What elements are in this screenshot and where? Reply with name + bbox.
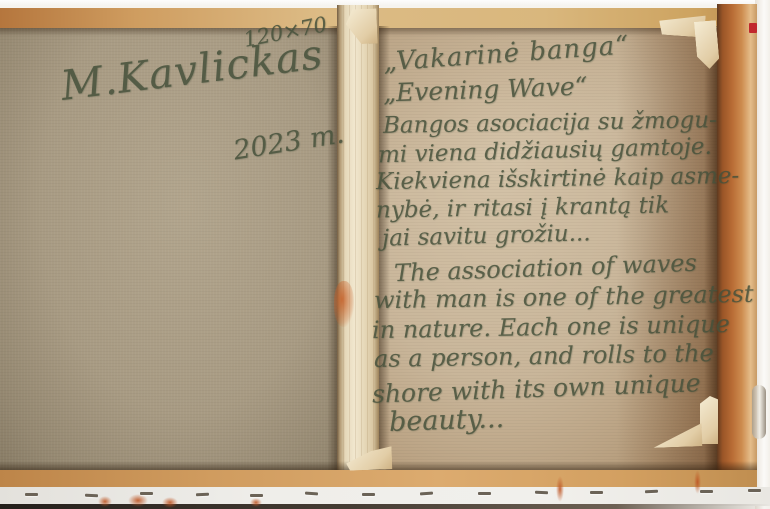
canvas-back-photo: 120×70 M.Kavlickas 2023 m. „Vakarinė ban… [0, 0, 770, 509]
rust-stain-center-bar [334, 281, 354, 327]
staple [362, 493, 375, 496]
shadow-left-of-center-bar [327, 26, 337, 472]
metal-glint-right-edge [752, 385, 766, 439]
rust-smudge [98, 496, 112, 507]
staple [250, 494, 263, 497]
rust-smudge [250, 498, 262, 507]
rust-smudge [162, 497, 178, 508]
staple [140, 492, 153, 495]
photo-bottom-edge-shadow [0, 504, 770, 509]
staple [748, 489, 761, 492]
staple [85, 494, 98, 498]
staple [700, 490, 713, 493]
rust-smudge [556, 476, 564, 502]
staple [535, 491, 548, 495]
stretcher-bar-bottom [0, 470, 757, 488]
red-paint-mark [749, 23, 757, 33]
inscription-line-lt-4: nybė, ir ritasi į krantą tik [376, 192, 670, 223]
staple [478, 492, 491, 495]
stretcher-bar-right [717, 4, 757, 472]
staple [25, 493, 38, 496]
staple [590, 491, 603, 494]
stretcher-key-bottom-right-vertical [700, 396, 718, 444]
inscription-line-en-6: beauty... [388, 403, 504, 438]
rust-smudge [128, 494, 148, 507]
inscription-line-lt-5: jai savitu grožiu... [382, 220, 591, 251]
inscription-line-en-4: as a person, and rolls to the [374, 339, 714, 373]
